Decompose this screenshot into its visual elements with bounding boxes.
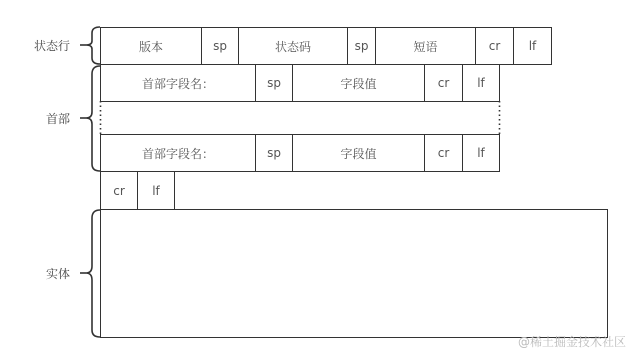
brace-body (86, 210, 100, 337)
label-headers: 首部 (46, 110, 70, 127)
field-header-value: 字段值 (292, 134, 425, 172)
field-status-code: 状态码 (238, 27, 348, 65)
field-header-name: 首部字段名： (100, 64, 256, 102)
field-header-value: 字段值 (292, 64, 425, 102)
body-box (100, 209, 608, 338)
label-status-line: 状态行 (34, 37, 70, 54)
brace-status-line (86, 27, 100, 64)
label-body: 实体 (46, 265, 70, 282)
field-cr: cr (475, 27, 514, 65)
field-sp: sp (347, 27, 376, 65)
field-cr: cr (424, 134, 463, 172)
field-reason-phrase: 短语 (375, 27, 476, 65)
field-sp: sp (255, 134, 293, 172)
field-header-name: 首部字段名： (100, 134, 256, 172)
field-lf: lf (513, 27, 552, 65)
field-cr: cr (100, 171, 138, 210)
field-sp: sp (201, 27, 239, 65)
field-sp: sp (255, 64, 293, 102)
field-lf: lf (462, 134, 500, 172)
watermark: @稀土掘金技术社区 (518, 333, 626, 350)
field-version: 版本 (100, 27, 202, 65)
brace-headers (86, 66, 100, 171)
field-lf: lf (137, 171, 175, 210)
field-cr: cr (424, 64, 463, 102)
field-lf: lf (462, 64, 500, 102)
